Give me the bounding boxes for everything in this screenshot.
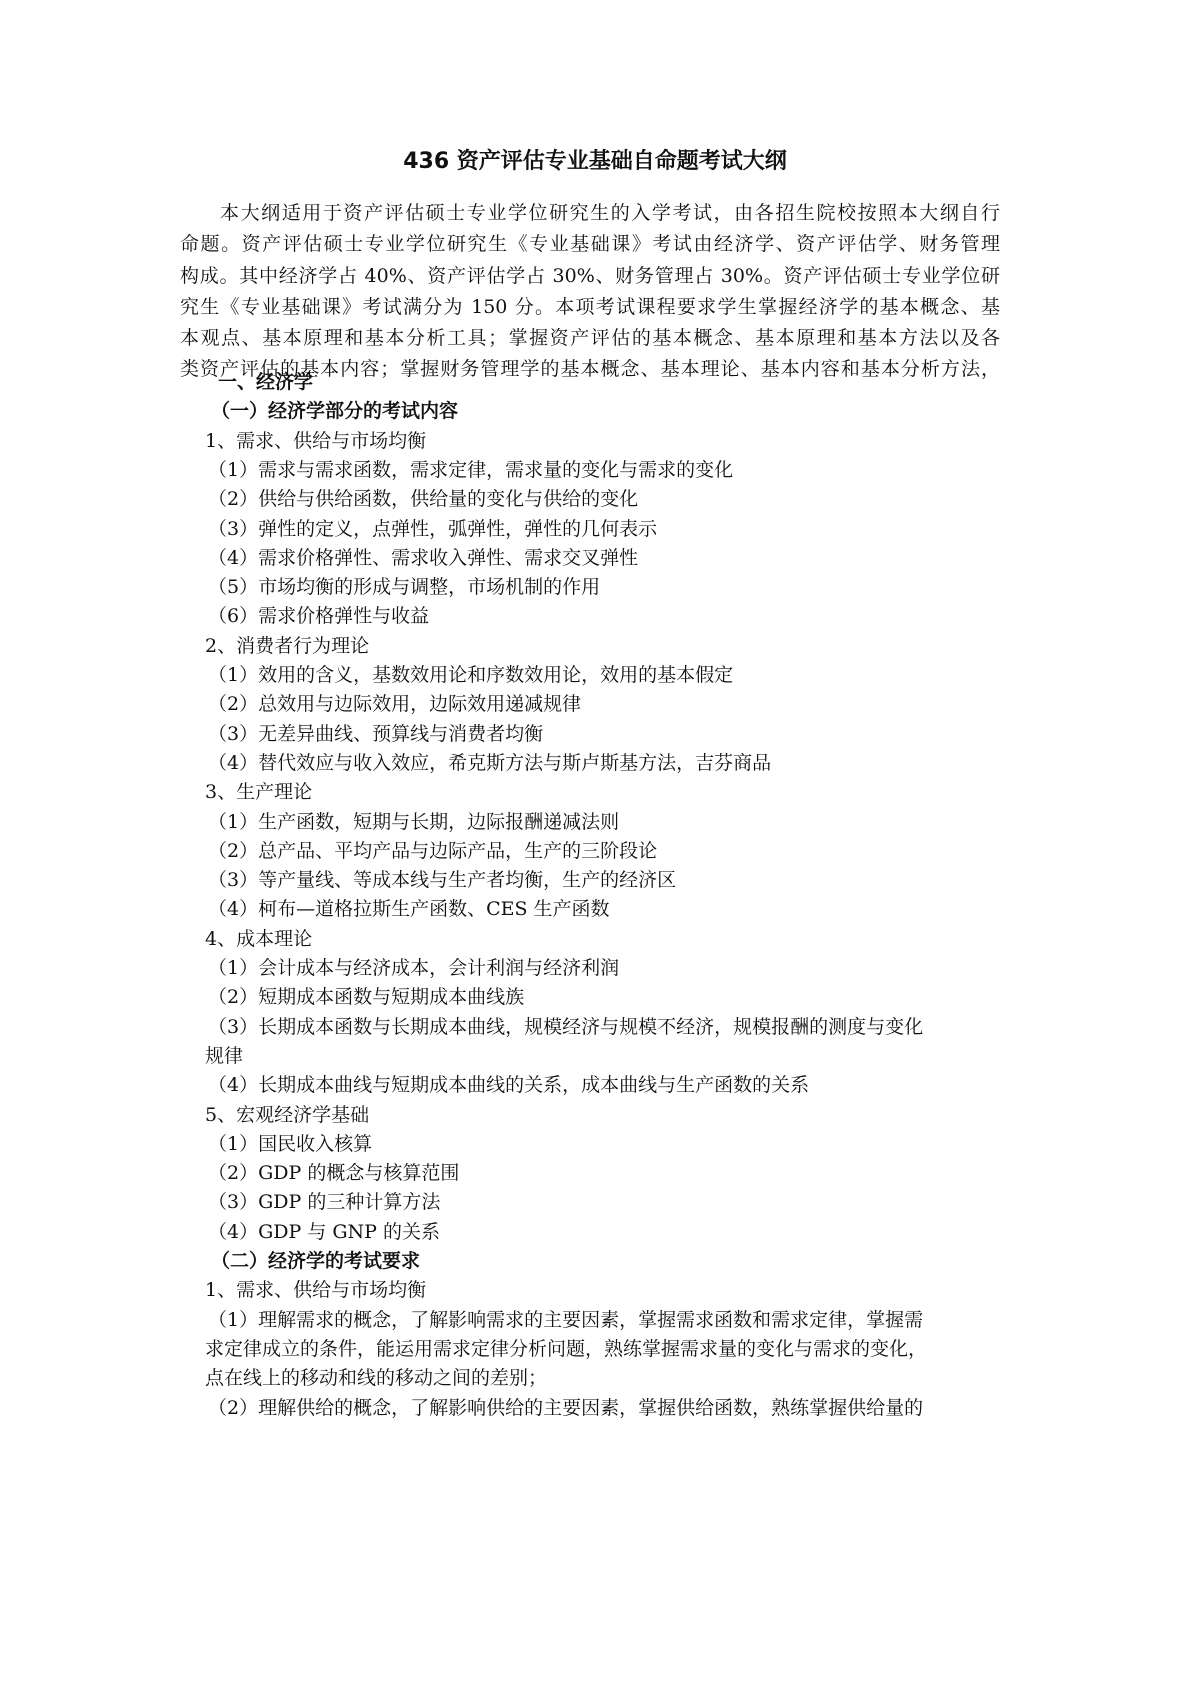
list-item: （4）柯布—道格拉斯生产函数、CES 生产函数 [208, 897, 610, 921]
list-item: （1）生产函数，短期与长期，边际报酬递减法则 [208, 810, 619, 834]
subsection-heading: （二）经济学的考试要求 [211, 1249, 420, 1273]
list-item: （3）长期成本函数与长期成本曲线，规模经济与规模不经济，规模报酬的测度与变化 [208, 1015, 923, 1039]
list-item: （3）GDP 的三种计算方法 [208, 1190, 440, 1214]
section-heading: 一、经济学 [218, 370, 313, 394]
list-item: （4）需求价格弹性、需求收入弹性、需求交叉弹性 [208, 546, 638, 570]
list-item: （2）短期成本函数与短期成本曲线族 [208, 985, 524, 1009]
list-item: （4）长期成本曲线与短期成本曲线的关系，成本曲线与生产函数的关系 [208, 1073, 809, 1097]
list-item: （3）弹性的定义，点弹性，弧弹性，弹性的几何表示 [208, 517, 657, 541]
topic-heading: 3、生产理论 [205, 780, 312, 804]
intro-line: 构成。其中经济学占 40%、资产评估学占 30%、财务管理占 30%。资产评估硕… [180, 261, 1000, 292]
list-item-continuation: 规律 [205, 1044, 243, 1068]
intro-line: 本大纲适用于资产评估硕士专业学位研究生的入学考试，由各招生院校按照本大纲自行 [180, 198, 1000, 229]
document-title: 436 资产评估专业基础自命题考试大纲 [0, 144, 1190, 175]
intro-line: 本观点、基本原理和基本分析工具；掌握资产评估的基本概念、基本原理和基本方法以及各 [180, 323, 1000, 354]
list-item: （3）等产量线、等成本线与生产者均衡，生产的经济区 [208, 868, 676, 892]
list-item-continuation: 点在线上的移动和线的移动之间的差别； [205, 1366, 547, 1390]
intro-paragraph: 本大纲适用于资产评估硕士专业学位研究生的入学考试，由各招生院校按照本大纲自行 命… [180, 198, 1000, 386]
list-item: （1）国民收入核算 [208, 1132, 372, 1156]
list-item: （5）市场均衡的形成与调整，市场机制的作用 [208, 575, 600, 599]
intro-line: 命题。资产评估硕士专业学位研究生《专业基础课》考试由经济学、资产评估学、财务管理 [180, 229, 1000, 260]
topic-heading: 5、宏观经济学基础 [205, 1103, 369, 1127]
list-item-continuation: 求定律成立的条件，能运用需求定律分析问题，熟练掌握需求量的变化与需求的变化， [205, 1337, 927, 1361]
list-item: （3）无差异曲线、预算线与消费者均衡 [208, 722, 543, 746]
list-item: （2）理解供给的概念，了解影响供给的主要因素，掌握供给函数，熟练掌握供给量的 [208, 1396, 923, 1420]
subsection-heading: （一）经济学部分的考试内容 [211, 399, 458, 423]
topic-heading: 2、消费者行为理论 [205, 634, 369, 658]
list-item: （1）会计成本与经济成本，会计利润与经济利润 [208, 956, 619, 980]
topic-heading: 1、需求、供给与市场均衡 [205, 1278, 426, 1302]
list-item: （1）理解需求的概念，了解影响需求的主要因素，掌握需求函数和需求定律，掌握需 [208, 1308, 923, 1332]
topic-heading: 4、成本理论 [205, 927, 312, 951]
list-item: （4）GDP 与 GNP 的关系 [208, 1220, 440, 1244]
list-item: （4）替代效应与收入效应，希克斯方法与斯卢斯基方法，吉芬商品 [208, 751, 771, 775]
list-item: （2）供给与供给函数，供给量的变化与供给的变化 [208, 487, 638, 511]
list-item: （1）需求与需求函数，需求定律，需求量的变化与需求的变化 [208, 458, 733, 482]
list-item: （1）效用的含义，基数效用论和序数效用论，效用的基本假定 [208, 663, 733, 687]
list-item: （2）GDP 的概念与核算范围 [208, 1161, 459, 1185]
document-page: 436 资产评估专业基础自命题考试大纲 本大纲适用于资产评估硕士专业学位研究生的… [0, 0, 1190, 1683]
list-item: （2）总产品、平均产品与边际产品，生产的三阶段论 [208, 839, 657, 863]
intro-line: 究生《专业基础课》考试满分为 150 分。本项考试课程要求学生掌握经济学的基本概… [180, 292, 1000, 323]
list-item: （6）需求价格弹性与收益 [208, 604, 429, 628]
list-item: （2）总效用与边际效用，边际效用递减规律 [208, 692, 581, 716]
topic-heading: 1、需求、供给与市场均衡 [205, 429, 426, 453]
